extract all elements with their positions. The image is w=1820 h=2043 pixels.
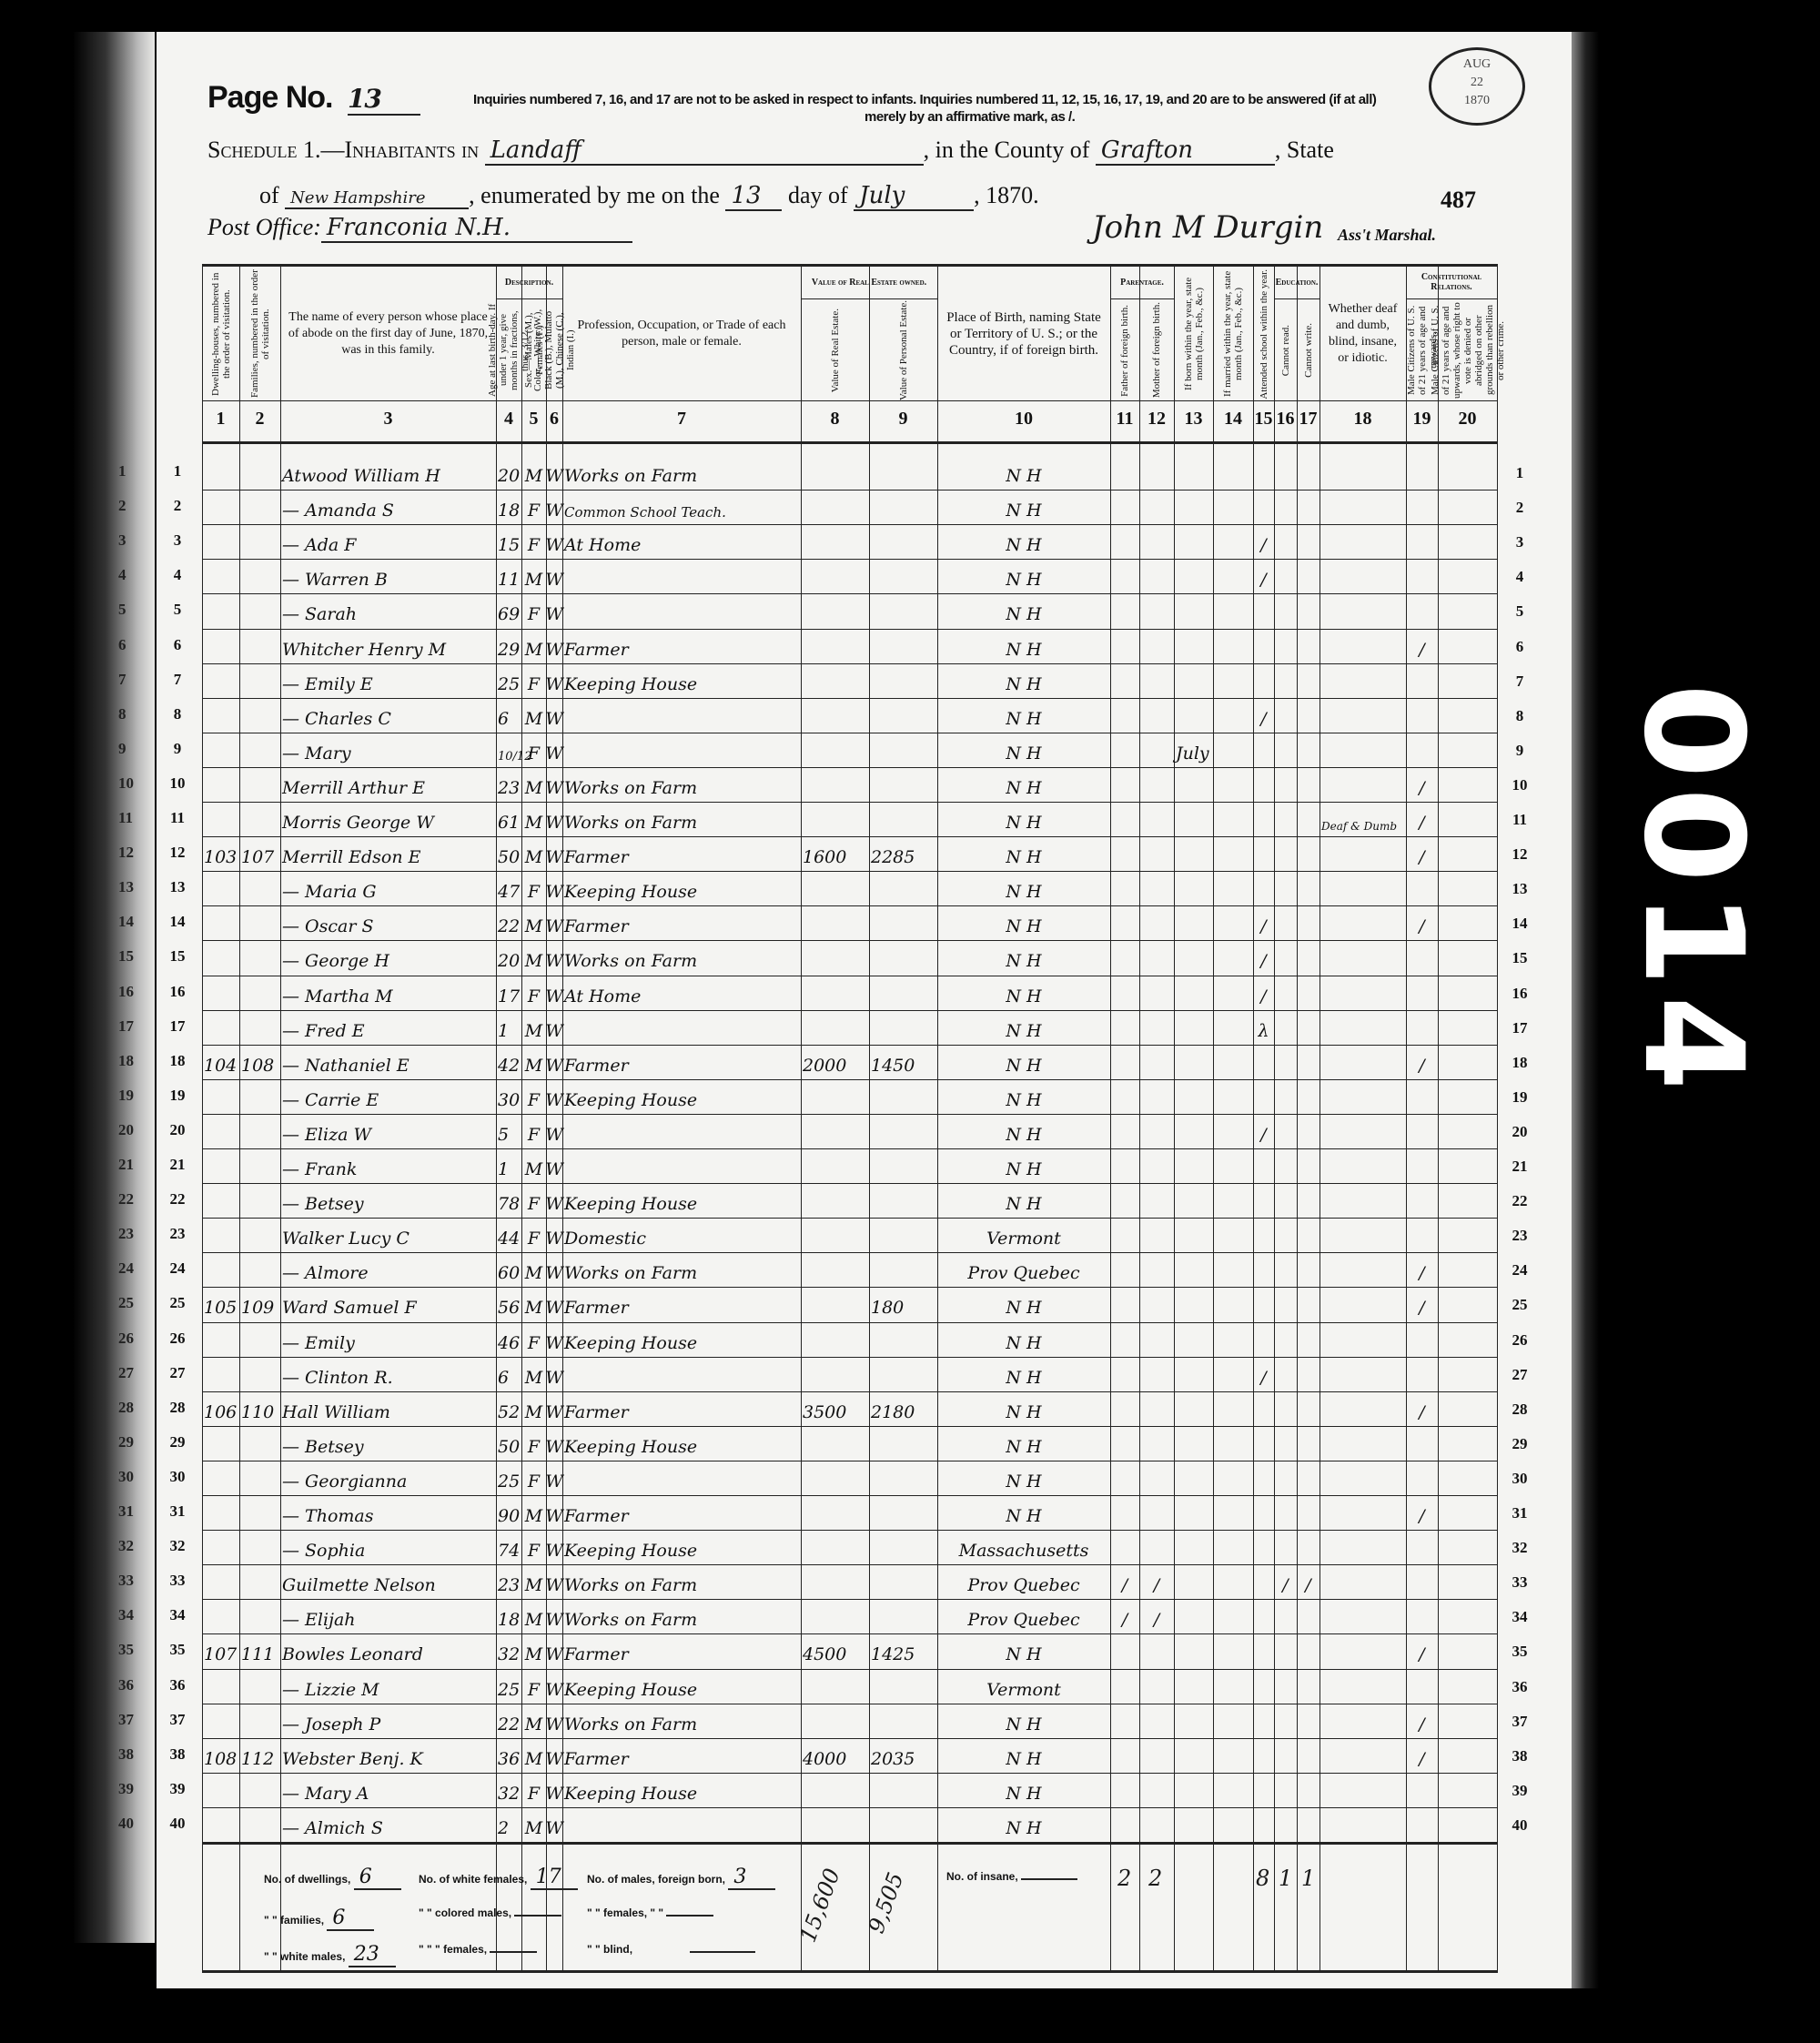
mother-foreign-mark	[1141, 940, 1172, 975]
sex: F	[523, 1183, 544, 1218]
group-rule	[496, 298, 562, 299]
line-number-right: 33	[1501, 1573, 1538, 1592]
person-name: — Elijah	[282, 1599, 494, 1633]
school-mark	[1255, 455, 1272, 490]
family-number	[241, 1461, 278, 1495]
previous-page-line-number: 26	[118, 1330, 134, 1348]
line-number-right: 31	[1501, 1504, 1538, 1522]
mother-foreign-mark	[1141, 1218, 1172, 1252]
family-number	[241, 1599, 278, 1633]
personal-estate-value	[871, 1114, 935, 1148]
citizen-mark	[1408, 1010, 1436, 1045]
line-number-right: 1	[1501, 464, 1538, 482]
table-rule	[202, 1842, 1498, 1845]
father-foreign-mark	[1112, 733, 1137, 767]
birthplace: Prov Quebec	[939, 1252, 1108, 1287]
line-number-left: 18	[159, 1052, 196, 1070]
occupation: Keeping House	[564, 1669, 799, 1704]
father-foreign-mark	[1112, 836, 1137, 871]
page-number: Page No. 13	[207, 80, 420, 116]
school-mark: /	[1255, 698, 1272, 733]
disability	[1321, 1669, 1404, 1704]
mother-foreign-mark	[1141, 490, 1172, 524]
person-name: — Betsey	[282, 1426, 494, 1461]
age: 25	[498, 1461, 520, 1495]
column-header-label: Male Citizens of U. S. of 21 years of ag…	[1430, 300, 1506, 400]
born-month	[1176, 629, 1211, 663]
post-office-line: Post Office:Franconia N.H.	[207, 214, 632, 243]
school-mark	[1255, 1426, 1272, 1461]
disability	[1321, 1633, 1404, 1668]
birthplace: N H	[939, 940, 1108, 975]
disability	[1321, 976, 1404, 1010]
line-number-right: 2	[1501, 499, 1538, 517]
column-rule	[1497, 264, 1498, 1970]
real-estate-value: 3500	[803, 1391, 867, 1426]
sex: F	[523, 663, 544, 698]
previous-page-line-number: 38	[118, 1745, 134, 1764]
cannot-write-mark	[1299, 1287, 1318, 1321]
line-number-right: 20	[1501, 1123, 1538, 1141]
father-foreign-mark	[1112, 663, 1137, 698]
column-number: 2	[239, 400, 280, 437]
citizen-mark: /	[1408, 836, 1436, 871]
person-name: — Joseph P	[282, 1704, 494, 1738]
personal-estate-value	[871, 802, 935, 836]
line-number-left: 39	[159, 1780, 196, 1798]
cannot-read-mark	[1276, 1633, 1295, 1668]
color: W	[548, 836, 561, 871]
line-number-left: 16	[159, 983, 196, 1001]
born-month	[1176, 940, 1211, 975]
line-number-right: 14	[1501, 915, 1538, 933]
family-number	[241, 1495, 278, 1530]
born-month	[1176, 593, 1211, 628]
column-number: 6	[546, 400, 562, 437]
age: 61	[498, 802, 520, 836]
born-month	[1176, 698, 1211, 733]
column-number: 1	[202, 400, 239, 437]
dwelling-number	[204, 733, 238, 767]
disability	[1321, 1114, 1404, 1148]
line-number-left: 36	[159, 1676, 196, 1694]
birthplace: N H	[939, 559, 1108, 593]
person-name: — Mary A	[282, 1773, 494, 1807]
column-number: 17	[1297, 400, 1319, 437]
cannot-write-mark	[1299, 1010, 1318, 1045]
color: W	[548, 490, 561, 524]
line-number-right: 18	[1501, 1054, 1538, 1072]
column-header-11: Father of foreign birth.	[1110, 300, 1139, 400]
color: W	[548, 1010, 561, 1045]
citizen-mark	[1408, 1183, 1436, 1218]
person-name: Hall William	[282, 1391, 494, 1426]
cannot-write-mark	[1299, 1669, 1318, 1704]
cannot-read-mark	[1276, 1010, 1295, 1045]
personal-estate-value	[871, 1807, 935, 1842]
cannot-write-mark	[1299, 1114, 1318, 1148]
mother-foreign-mark	[1141, 1045, 1172, 1079]
personal-estate-value	[871, 1252, 935, 1287]
disability	[1321, 1148, 1404, 1183]
foreign-males-label: No. of males, foreign born,	[587, 1873, 725, 1886]
personal-estate-value	[871, 490, 935, 524]
dwelling-number	[204, 1010, 238, 1045]
father-foreign-mark	[1112, 1045, 1137, 1079]
cannot-read-mark	[1276, 733, 1295, 767]
cannot-write-mark	[1299, 559, 1318, 593]
column-number: 7	[562, 400, 801, 437]
age: 52	[498, 1391, 520, 1426]
occupation: Farmer	[564, 1391, 799, 1426]
born-month	[1176, 767, 1211, 802]
occupation: Works on Farm	[564, 767, 799, 802]
school-mark	[1255, 836, 1272, 871]
line-number-left: 14	[159, 913, 196, 931]
school-mark: /	[1255, 976, 1272, 1010]
occupation: Farmer	[564, 1287, 799, 1321]
column-number: 5	[521, 400, 546, 437]
person-name: Bowles Leonard	[282, 1633, 494, 1668]
line-number-right: 17	[1501, 1019, 1538, 1037]
column-number: 13	[1174, 400, 1213, 437]
cannot-write-mark	[1299, 1391, 1318, 1426]
disability	[1321, 629, 1404, 663]
real-estate-value	[803, 1669, 867, 1704]
birthplace: N H	[939, 733, 1108, 767]
school-mark: λ	[1255, 1010, 1272, 1045]
person-name: — Eliza W	[282, 1114, 494, 1148]
sex: F	[523, 524, 544, 559]
column-header-label: The name of every person whose place of …	[280, 309, 496, 359]
real-estate-value	[803, 1807, 867, 1842]
real-estate-value	[803, 905, 867, 940]
age: 15	[498, 524, 520, 559]
line-number-right: 3	[1501, 533, 1538, 551]
birthplace: N H	[939, 1391, 1108, 1426]
mother-foreign-mark	[1141, 1287, 1172, 1321]
previous-page-line-number: 28	[118, 1399, 134, 1417]
column-header-20: Male Citizens of U. S. of 21 years of ag…	[1438, 300, 1497, 400]
real-estate-value	[803, 698, 867, 733]
family-number: 112	[241, 1738, 278, 1773]
age: 22	[498, 905, 520, 940]
previous-page-line-number: 32	[118, 1537, 134, 1555]
family-number	[241, 524, 278, 559]
column-rule	[1253, 264, 1254, 1970]
column-number: 8	[801, 400, 869, 437]
sex: F	[523, 871, 544, 905]
cannot-write-mark	[1299, 1079, 1318, 1114]
occupation: Keeping House	[564, 1773, 799, 1807]
person-name: — Clinton R.	[282, 1357, 494, 1391]
mother-foreign-mark	[1141, 1391, 1172, 1426]
column-header-label: Whether deaf and dumb, blind, insane, or…	[1319, 301, 1406, 367]
person-name: Atwood William H	[282, 455, 494, 490]
dwelling-number	[204, 1218, 238, 1252]
person-name: — George H	[282, 940, 494, 975]
sex: F	[523, 490, 544, 524]
dwelling-number	[204, 1530, 238, 1564]
sex: F	[523, 1114, 544, 1148]
column-rule	[239, 264, 240, 1970]
previous-page-line-number: 23	[118, 1225, 134, 1243]
birthplace: N H	[939, 905, 1108, 940]
school-mark	[1255, 1669, 1272, 1704]
mother-foreign-mark	[1141, 663, 1172, 698]
colored-females-count	[490, 1951, 537, 1953]
group-rule	[1274, 298, 1319, 299]
father-foreign-mark	[1112, 1114, 1137, 1148]
disability	[1321, 698, 1404, 733]
dwellings-label: No. of dwellings,	[264, 1873, 350, 1886]
age: 50	[498, 836, 520, 871]
real-estate-value	[803, 1773, 867, 1807]
line-number-right: 6	[1501, 638, 1538, 656]
dwelling-number	[204, 663, 238, 698]
school-mark: /	[1255, 524, 1272, 559]
personal-estate-value	[871, 1183, 935, 1218]
occupation: Farmer	[564, 629, 799, 663]
disability	[1321, 836, 1404, 871]
disability	[1321, 455, 1404, 490]
cannot-read-total: 1	[1279, 1866, 1292, 1891]
insane-summary: No. of insane,	[946, 1870, 1077, 1883]
previous-page-line-number: 30	[118, 1468, 134, 1486]
sex: M	[523, 767, 544, 802]
real-estate-value	[803, 871, 867, 905]
line-number-left: 1	[159, 462, 196, 480]
real-estate-value	[803, 490, 867, 524]
born-month	[1176, 524, 1211, 559]
sex: F	[523, 1773, 544, 1807]
color: W	[548, 1183, 561, 1218]
real-estate-value: 4500	[803, 1633, 867, 1668]
families-count: 6	[327, 1906, 374, 1931]
column-header-17: Cannot write.	[1297, 300, 1319, 400]
color: W	[548, 1079, 561, 1114]
family-number	[241, 905, 278, 940]
column-header-15: Attended school within the year.	[1253, 268, 1274, 400]
personal-estate-value	[871, 698, 935, 733]
school-mark	[1255, 663, 1272, 698]
personal-estate-value	[871, 663, 935, 698]
age: 36	[498, 1738, 520, 1773]
color: W	[548, 1669, 561, 1704]
occupation: Farmer	[564, 905, 799, 940]
age: 90	[498, 1495, 520, 1530]
dwelling-number	[204, 455, 238, 490]
citizen-mark	[1408, 1669, 1436, 1704]
family-number	[241, 490, 278, 524]
born-month	[1176, 1252, 1211, 1287]
color: W	[548, 940, 561, 975]
previous-page-line-number: 13	[118, 878, 134, 896]
column-header-label: Profession, Occupation, or Trade of each…	[562, 318, 801, 350]
dwelling-number	[204, 490, 238, 524]
real-estate-value	[803, 976, 867, 1010]
person-name: — Warren B	[282, 559, 494, 593]
born-month	[1176, 1114, 1211, 1148]
group-header-parentage: Parentage.	[1110, 268, 1174, 296]
occupation: Keeping House	[564, 1183, 799, 1218]
disability	[1321, 767, 1404, 802]
age: 23	[498, 1564, 520, 1599]
inquiries-note-2: merely by an affirmative mark, as /.	[864, 109, 1075, 125]
line-number-left: 40	[159, 1815, 196, 1833]
cannot-read-mark	[1276, 940, 1295, 975]
color: W	[548, 1461, 561, 1495]
cannot-write-mark	[1299, 1183, 1318, 1218]
school-mark	[1255, 490, 1272, 524]
cannot-write-mark	[1299, 940, 1318, 975]
family-number	[241, 1669, 278, 1704]
born-month	[1176, 976, 1211, 1010]
age: 78	[498, 1183, 520, 1218]
real-estate-value	[803, 1322, 867, 1357]
disability	[1321, 1045, 1404, 1079]
father-foreign-mark	[1112, 1391, 1137, 1426]
stamp-day: 22	[1431, 74, 1522, 92]
personal-estate-value	[871, 1322, 935, 1357]
father-foreign-mark	[1112, 1633, 1137, 1668]
citizen-mark	[1408, 1357, 1436, 1391]
color: W	[548, 559, 561, 593]
color: W	[548, 1807, 561, 1842]
occupation: Keeping House	[564, 1079, 799, 1114]
cannot-read-mark	[1276, 1704, 1295, 1738]
age: 60	[498, 1252, 520, 1287]
cannot-write-mark: /	[1299, 1564, 1318, 1599]
real-estate-value	[803, 593, 867, 628]
column-header-12: Mother of foreign birth.	[1139, 300, 1174, 400]
color: W	[548, 1252, 561, 1287]
occupation: At Home	[564, 976, 799, 1010]
color: W	[548, 1704, 561, 1738]
school-mark	[1255, 1183, 1272, 1218]
previous-page-line-number: 37	[118, 1711, 134, 1729]
column-header-18: Whether deaf and dumb, blind, insane, or…	[1319, 268, 1406, 400]
cannot-write-mark	[1299, 1252, 1318, 1287]
cannot-write-mark	[1299, 663, 1318, 698]
birthplace: N H	[939, 1461, 1108, 1495]
sex: M	[523, 802, 544, 836]
born-month	[1176, 1183, 1211, 1218]
cannot-read-mark	[1276, 698, 1295, 733]
occupation: At Home	[564, 524, 799, 559]
person-name: Whitcher Henry M	[282, 629, 494, 663]
school-mark	[1255, 1530, 1272, 1564]
line-number-left: 30	[159, 1468, 196, 1486]
sex: F	[523, 1426, 544, 1461]
cannot-write-mark	[1299, 1148, 1318, 1183]
township-field: Landaff	[485, 137, 924, 166]
previous-page-line-number: 10	[118, 774, 134, 793]
disability	[1321, 1530, 1404, 1564]
school-mark: /	[1255, 940, 1272, 975]
disability	[1321, 871, 1404, 905]
born-month	[1176, 1773, 1211, 1807]
occupation: Farmer	[564, 1738, 799, 1773]
father-foreign-mark	[1112, 455, 1137, 490]
page-binding-shadow	[1572, 32, 1599, 1988]
born-month	[1176, 1807, 1211, 1842]
born-month	[1176, 836, 1211, 871]
birthplace: Vermont	[939, 1669, 1108, 1704]
line-number-left: 4	[159, 566, 196, 584]
line-number-right: 12	[1501, 845, 1538, 864]
line-number-right: 10	[1501, 776, 1538, 794]
column-header-9: Value of Personal Estate.	[869, 300, 937, 400]
personal-estate-value	[871, 767, 935, 802]
line-number-left: 13	[159, 878, 196, 896]
sex: M	[523, 905, 544, 940]
age: 1	[498, 1010, 520, 1045]
line-number-right: 30	[1501, 1470, 1538, 1488]
school-mark	[1255, 1391, 1272, 1426]
family-number	[241, 1807, 278, 1842]
line-number-left: 33	[159, 1572, 196, 1590]
personal-estate-value	[871, 1564, 935, 1599]
line-number-right: 32	[1501, 1539, 1538, 1557]
born-month	[1176, 1148, 1211, 1183]
occupation: Works on Farm	[564, 1704, 799, 1738]
column-header-label: Place of Birth, naming State or Territor…	[937, 309, 1110, 359]
disability	[1321, 1426, 1404, 1461]
dwelling-number	[204, 1357, 238, 1391]
birthplace: N H	[939, 1773, 1108, 1807]
citizen-mark	[1408, 524, 1436, 559]
mother-foreign-mark	[1141, 871, 1172, 905]
occupation: Works on Farm	[564, 1564, 799, 1599]
school-mark: /	[1255, 1357, 1272, 1391]
sex: F	[523, 1079, 544, 1114]
person-name: — Ada F	[282, 524, 494, 559]
line-number-right: 7	[1501, 673, 1538, 691]
school-mark: /	[1255, 1114, 1272, 1148]
line-number-left: 34	[159, 1606, 196, 1624]
occupation	[564, 1807, 799, 1842]
person-name: — Mary	[282, 733, 494, 767]
mother-foreign-mark	[1141, 524, 1172, 559]
school-mark	[1255, 629, 1272, 663]
father-foreign-mark	[1112, 1357, 1137, 1391]
cannot-write-mark	[1299, 593, 1318, 628]
born-month: July	[1176, 733, 1211, 767]
line-number-right: 29	[1501, 1435, 1538, 1453]
colored-females-summary: " " " females,	[419, 1943, 537, 1956]
column-rule	[1110, 264, 1111, 1970]
born-month	[1176, 1045, 1211, 1079]
age: 5	[498, 1114, 520, 1148]
disability	[1321, 1773, 1404, 1807]
sex: M	[523, 940, 544, 975]
occupation	[564, 1148, 799, 1183]
birthplace: Prov Quebec	[939, 1564, 1108, 1599]
real-estate-value	[803, 802, 867, 836]
real-estate-value	[803, 1599, 867, 1633]
born-month	[1176, 1530, 1211, 1564]
cannot-read-mark	[1276, 802, 1295, 836]
personal-estate-value	[871, 1461, 935, 1495]
occupation	[564, 698, 799, 733]
father-foreign-mark	[1112, 802, 1137, 836]
citizen-mark	[1408, 1807, 1436, 1842]
citizen-mark	[1408, 1426, 1436, 1461]
insane-count	[1021, 1878, 1077, 1880]
personal-estate-value	[871, 559, 935, 593]
person-name: — Sophia	[282, 1530, 494, 1564]
